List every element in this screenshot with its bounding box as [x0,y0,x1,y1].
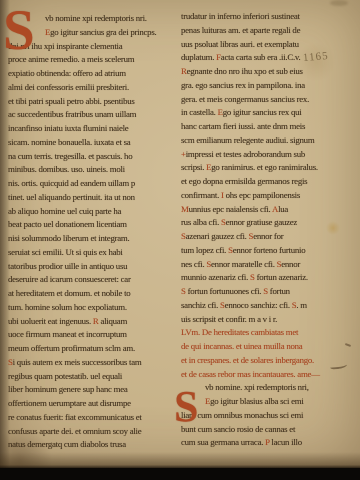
ink-text: et tibi patri spuali petro abbi. psentib… [8,96,135,106]
text-line: hanc cartam fieri iussi. ante dnm meis [181,120,355,134]
ink-text: tinet. uel aliquando pertinuit. ita ut n… [8,192,135,202]
ink-text: re conatus fuerit: fiat excommunicatus e… [8,412,142,422]
text-line: tum lopez cfi. Sennor forteno furtunio [181,244,355,258]
ink-text: ennor gratiuse gauzez [226,217,297,227]
text-line: tatoribus prodior uille in antiquo usu [8,260,176,274]
text-line: confusus aparte dei. et omnium scoy alie [8,425,176,439]
text-line: penas luituras am. et aparte regali de [181,24,355,38]
text-column-right: trudatur in inferno inferiori sustineatp… [181,10,355,450]
ink-text: vb nomine. xpi redemptoris nri, [205,382,309,392]
ink-text: trudatur in inferno inferiori sustineat [181,11,300,21]
rubric-text: et in crespanes. et de solares inbergang… [181,355,314,365]
ink-text: regibus quam potestatib. uel equali [8,371,122,381]
ink-text: natus demergatq cum diabolos trusa [8,439,126,449]
ink-text: et ego dopna ermisilda germanos regis [181,176,307,186]
text-line: trudatur in inferno inferiori sustineat [181,10,355,24]
rubric-text: LVm. De hereditates cambiatas met [181,327,298,337]
ink-text: nes cfi. [181,259,206,269]
text-line: et de casas rebor mas incantauares. ame— [181,368,355,382]
text-line: duplatum. Facta carta sub era .ii.C.v. [181,51,355,65]
ink-text: fortun azenariz. [255,272,308,282]
ink-text: . m [296,300,307,310]
ink-text: ennor maratelle cfi. [211,259,277,269]
ink-text: uis scripsit et confir. m a v i r. [181,314,277,324]
rubric-text: et de casas rebor mas incantauares. ame— [181,369,320,379]
ink-text: cum sua germana urraca. [181,437,265,447]
text-line: seruiat sci emilii. Ut si quis ex habi [8,246,176,260]
ink-text: lacun illo [269,437,301,447]
photo-border [0,468,360,480]
text-line: in castella. Ego igitur sancius rex qui [181,106,355,120]
text-line: vb nomine. xpi redemptoris nri, [181,381,355,395]
text-line: regibus quam potestatib. uel equali [8,370,176,384]
ink-text: liani cum omnibus monachus sci emi [181,410,303,420]
text-line: at hereditatem et domum. et nobile to [8,287,176,301]
text-line: gera. et meis congermanus sancius rex. [181,93,355,107]
text-line: de qui incannas. et uinea muilla nona [181,340,355,354]
text-line: scm emilianum relegente audiui. signum [181,134,355,148]
text-line: minibus. domibus. uso. uineis. moli [8,163,176,177]
ink-text: at hereditatem et domum. et nobile to [8,288,130,298]
ink-text: liber hominum genere sup hanc mea [8,384,128,394]
text-line: sicam. nomine bonauella. iuxata et sa [8,136,176,150]
ink-text: rus alba cfi. [181,217,221,227]
text-line: uus psoluat libras auri. et exemplatu [181,38,355,52]
text-line: ab aliquo homine uel cuiq parte ha [8,205,176,219]
text-line: tum. homine solum hoc expoliatum. [8,301,176,315]
ink-text: unnius epc naialensis cfi. [189,204,272,214]
ink-text: ubi uoluerit eat ingenuus. [8,316,93,326]
text-line: sanchiz cfi. Sennoco sanchiz: cfi. S. m [181,299,355,313]
text-line: et tibi patri spuali petro abbi. psentib… [8,95,176,109]
ink-text: tum. homine solum hoc expoliatum. [8,302,127,312]
ink-text: go igitur blasius alba sci emi [210,396,303,406]
ink-text: gra. ego sancius rex in pampilona. ina [181,80,305,90]
text-line: meum offertum profirmatum sclm am. [8,342,176,356]
text-line: Regnante dno nro ihu xpo et sub eius [181,65,355,79]
text-line: +impressi et testes adroborandum sub [181,148,355,162]
text-line: confirmant. I ohs epc pampilonensis [181,189,355,203]
text-line: et in crespanes. et de solares inbergang… [181,354,355,368]
text-line: et ego dopna ermisilda germanos regis [181,175,355,189]
text-line: nes cfi. Sennor maratelle cfi. Sennor [181,258,355,272]
text-line: tinet. uel aliquando pertinuit. ita ut n… [8,191,176,205]
ink-text: confirmant. [181,190,221,200]
ink-text: hanc cartam fieri iussi. ante dnm meis [181,121,305,131]
ink-text: uus psoluat libras auri. et exemplatu [181,39,299,49]
text-line: re conatus fuerit: fiat excommunicatus e… [8,411,176,425]
ink-text: confusus aparte dei. et omnium scoy alie [8,426,141,436]
ink-text: incanfinso iniatu iuxta flumini naiele [8,123,128,133]
rubric-text: de qui incannas. et uinea muilla nona [181,341,302,351]
ink-text: munnio azenariz cfi. [181,272,250,282]
ink-text: in castella. [181,107,218,117]
text-line: LVm. De hereditates cambiatas met [181,326,355,340]
text-line: deseruire ad icarum consuesceret: car [8,273,176,287]
ink-text: ab aliquo homine uel cuiq parte ha [8,206,121,216]
ink-text: expiatio obtinenda: offero ad atrium [8,68,126,78]
ink-text: nisi solummodo liberum et integram. [8,233,129,243]
ink-text: go igitur sancius gra dei princps. [50,27,156,37]
ink-text: duplatum. [181,52,216,62]
text-line: natus demergatq cum diabolos trusa [8,438,176,452]
ink-text: ennor forteno furtunio [233,245,306,255]
text-line: rus alba cfi. Sennor gratiuse gauzez [181,216,355,230]
text-line: S fortun fortunuones cfi. S fortun [181,285,355,299]
text-line: Si quis autem ex meis successoribus tam [8,356,176,370]
text-line: beat pacto uel donationem licentiam [8,218,176,232]
ink-text: impressi et testes adroborandum sub [186,149,305,159]
text-line: cum sua germana urraca. P lacun illo [181,436,355,450]
manuscript-photo: { "page": { "kind": "medieval manuscript… [0,0,360,480]
ink-text: ennor for [253,231,283,241]
ink-text: ac succedentibus fratribus unam uillam [8,109,136,119]
ink-text: uoce firmum maneat et incorruptum [8,329,127,339]
ink-text: offertionem uerumptare aut disrumpe [8,398,131,408]
ink-text: egnante dno nro ihu xpo et sub eius [187,66,303,76]
ink-text: vb nomine xpi redemptoris nri. [45,13,147,23]
text-line: Sazenari gauzez cfi. Sennor for [181,230,355,244]
ink-text: aliquam [99,316,128,326]
text-line: uoce firmum maneat et incorruptum [8,328,176,342]
dropcap-initial-s-right: S [174,388,198,426]
ink-text: penas luituras am. et aparte regali de [181,25,300,35]
folio-smudge-mark [330,0,348,6]
ink-text: fortun fortunuones cfi. [186,286,264,296]
ink-text: ennoco sanchiz: cfi. [225,300,292,310]
ink-text: beat pacto uel donationem licentiam [8,219,127,229]
ink-text: almi dei confessoris emilii presbiteri. [8,82,129,92]
ink-text: deseruire ad icarum consuesceret: car [8,274,131,284]
text-line: nisi solummodo liberum et integram. [8,232,176,246]
ink-text: lua [278,204,288,214]
text-line: ac succedentibus fratribus unam uillam [8,108,176,122]
ink-text: ohs epc pampilonensis [224,190,300,200]
ink-text: go ranimirus. et ego ranimiralus. [211,162,318,172]
ink-text: sanchiz cfi. [181,300,220,310]
text-line: na cum terris. tregesilla. et pascuis. h… [8,150,176,164]
text-line: ubi uoluerit eat ingenuus. R aliquam [8,315,176,329]
text-line: incanfinso iniatu iuxta flumini naiele [8,122,176,136]
text-line: offertionem uerumptare aut disrumpe [8,397,176,411]
ink-text: meum offertum profirmatum sclm am. [8,343,135,353]
ink-text: tum lopez cfi. [181,245,228,255]
ink-text: gera. et meis congermanus sancius rex. [181,94,309,104]
text-line: almi dei confessoris emilii presbiteri. [8,81,176,95]
text-line: expiatio obtinenda: offero ad atrium [8,67,176,81]
ink-text: azenari gauzez cfi. [186,231,249,241]
text-column-left: vb nomine xpi redemptoris nri.Ego igitur… [8,12,176,452]
ink-text: go igitur sancius rex qui [223,107,302,117]
ink-text: scripsi. [181,162,206,172]
page-bottom-edge-shadow [0,452,360,468]
ink-text: scm emilianum relegente audiui. signum [181,135,314,145]
ink-text: seruiat sci emilii. Ut si quis ex habi [8,247,123,257]
ink-text: i quis autem ex meis successoribus tam [13,357,142,367]
text-line: munnio azenariz cfi. S fortun azenariz. [181,271,355,285]
ink-text: ennor [281,259,300,269]
text-line: gra. ego sancius rex in pampilona. ina [181,79,355,93]
ink-text: fortun [268,286,290,296]
ink-text: acta carta sub era .ii.C.v. [221,52,301,62]
ink-text: na cum terris. tregesilla. et pascuis. h… [8,151,132,161]
rubric-text: M [181,204,189,214]
text-line: liani cum omnibus monachus sci emi [181,409,355,423]
text-line: bunt cum sancio rosio de cannas et [181,423,355,437]
text-line: liber hominum genere sup hanc mea [8,383,176,397]
text-line: Ego igitur blasius alba sci emi [181,395,355,409]
dropcap-initial-s-left: S [3,6,35,56]
text-line: Munnius epc naialensis cfi. Alua [181,203,355,217]
ink-text: nis. ortis. quicquid ad eandem uillam p [8,178,135,188]
ink-text: minibus. domibus. uso. uineis. moli [8,164,125,174]
text-line: scripsi. Ego ranimirus. et ego ranimiral… [181,161,355,175]
ink-text: sicam. nomine bonauella. iuxata et sa [8,137,130,147]
ink-text: tatoribus prodior uille in antiquo usu [8,261,127,271]
text-line: nis. ortis. quicquid ad eandem uillam p [8,177,176,191]
text-line: uis scripsit et confir. m a v i r. [181,313,355,327]
